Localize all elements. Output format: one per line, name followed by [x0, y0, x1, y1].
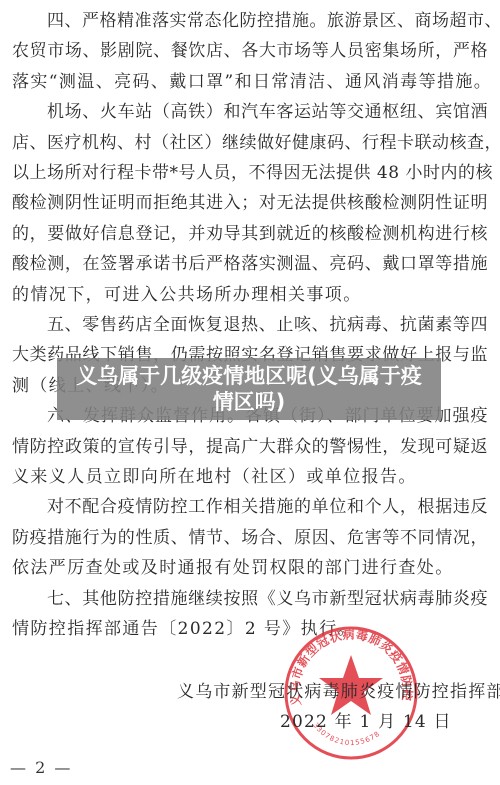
text-line: 依法严厉查处或及时通报有处罚权限的部门进行查处。 [12, 553, 488, 583]
banner-title-line-1: 义乌属于几级疫情地区呢(义乌属于疫 [76, 363, 422, 389]
text-line: 农贸市场、影剧院、餐饮店、各大市场等人员密集场所，严格 [12, 36, 488, 66]
text-line: 酸检测，在签署承诺书后严格落实测温、亮码、戴口罩等措施 [12, 249, 488, 279]
text-line: 落实“测温、亮码、戴口罩”和日常清洁、通风消毒等措施。 [12, 67, 488, 97]
text-line: 五、零售药店全面恢复退热、止咳、抗病毒、抗菌素等四 [47, 310, 488, 340]
text-line: 七、其他防控措施继续按照《义乌市新型冠状病毒肺炎疫 [47, 584, 488, 614]
overlay-title-banner: 义乌属于几级疫情地区呢(义乌属于疫 情区吗) [57, 358, 441, 420]
page-number: — 2 — [10, 758, 72, 778]
text-line: 防疫措施行为的性质、情节、场合、原因、危害等不同情况， [12, 523, 488, 553]
banner-title-line-2: 情区吗) [213, 389, 286, 415]
signature-date: 2022 年 1 月 14 日 [280, 707, 452, 737]
text-line: 的，要做好信息登记，并劝导其到就近的核酸检测机构进行核 [12, 219, 488, 249]
text-line: 酸检测阴性证明而拒绝其进入；对无法提供核酸检测阴性证明 [12, 188, 488, 218]
document-page: 四、严格精准落实常态化防控措施。旅游景区、商场超市、农贸市场、影剧院、餐饮店、各… [0, 0, 500, 785]
text-line: 的情况下，可进入公共场所办理相关事项。 [12, 280, 488, 310]
text-line: 店、医疗机构、村（社区）继续做好健康码、行程卡联动核查， [12, 128, 488, 158]
text-line: 机场、火车站（高铁）和汽车客运站等交通枢纽、宾馆酒 [47, 97, 488, 127]
text-line: 对不配合疫情防控工作相关措施的单位和个人，根据违反 [47, 492, 488, 522]
text-line: 情防控政策的宣传引导，提高广大群众的警惕性，发现可疑返 [12, 432, 488, 462]
text-line: 义来义人员立即向所在地村（社区）或单位报告。 [12, 462, 488, 492]
text-line: 以上场所对行程卡带*号人员，不得因无法提供 48 小时内的核 [12, 158, 488, 188]
text-line: 四、严格精准落实常态化防控措施。旅游景区、商场超市、 [47, 6, 488, 36]
signature-organization: 义乌市新型冠状病毒肺炎疫情防控指挥部 [177, 677, 500, 707]
